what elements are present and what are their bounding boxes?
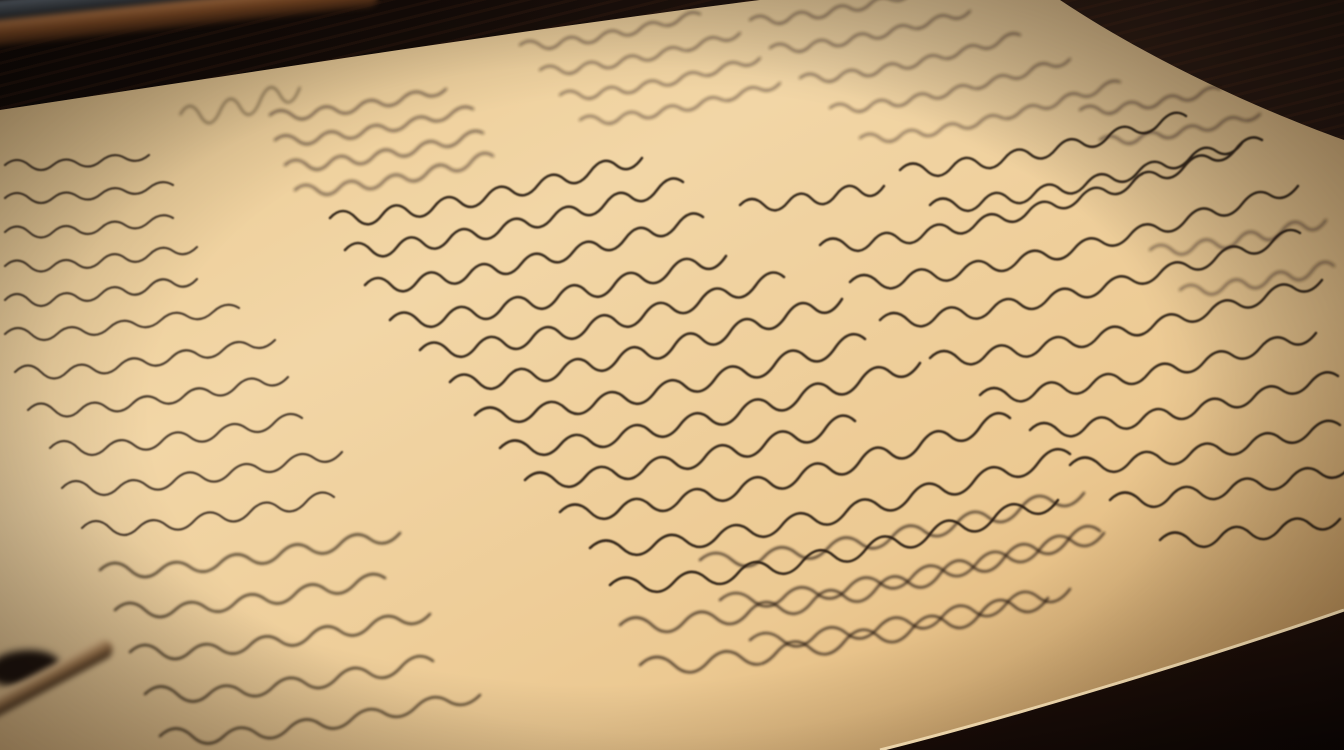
parchment-page: [0, 0, 1344, 750]
photo-scene: [0, 0, 1344, 750]
